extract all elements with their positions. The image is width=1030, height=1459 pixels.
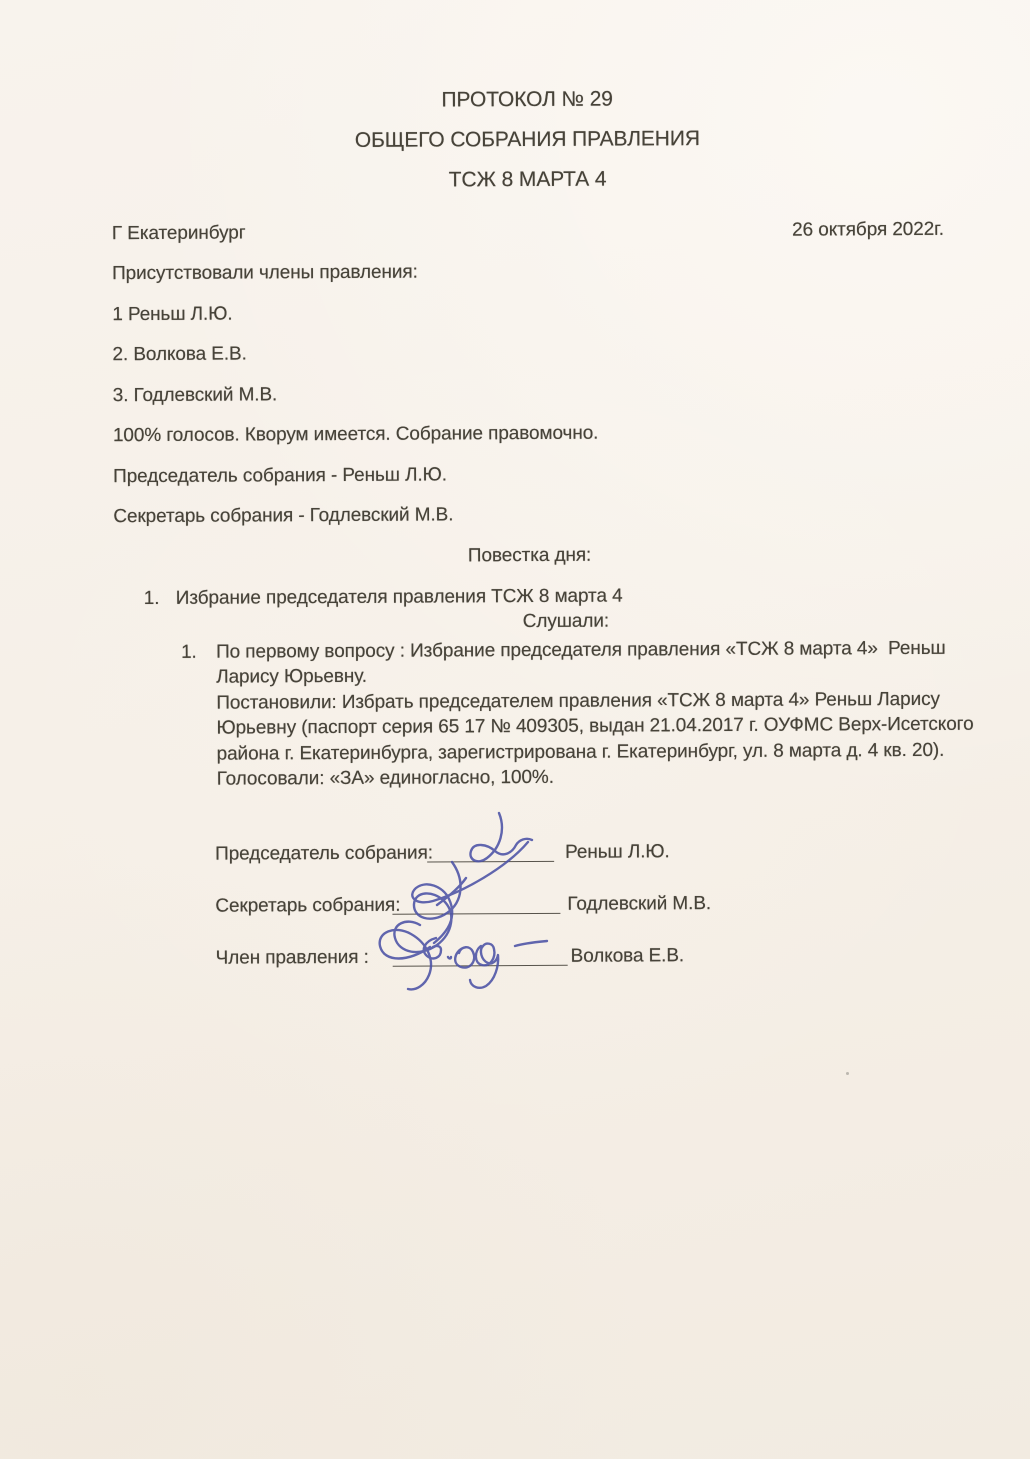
signature-row-chairman: Председатель собрания: Реньш Л.Ю.: [115, 837, 947, 893]
heard-item-line: По первому вопросу : Избрание председате…: [216, 637, 946, 662]
agenda-item-text: Избрание председателя правления ТСЖ 8 ма…: [176, 585, 623, 608]
signature-name: Годлевский М.В.: [567, 891, 711, 917]
attendee-item: 3. Годлевский М.В.: [113, 378, 945, 407]
scan-speck: [846, 1072, 849, 1075]
city-label: Г Екатеринбург: [112, 220, 246, 246]
protocol-title: ПРОТОКОЛ № 29: [111, 84, 943, 115]
signature-label: Член правления :: [216, 944, 369, 970]
heard-item-number: 1.: [181, 639, 216, 665]
signature-label: Секретарь собрания:: [215, 892, 400, 918]
city-date-row: Г Екатеринбург 26 октября 2022г.: [112, 217, 944, 246]
signature-block: Председатель собрания: Реньш Л.Ю. Секрет…: [115, 837, 948, 997]
attendees-heading: Присутствовали члены правления:: [112, 257, 944, 286]
date-label: 26 октября 2022г.: [792, 217, 944, 243]
signature-line: [392, 891, 560, 914]
protocol-organization: ТСЖ 8 МАРТА 4: [112, 164, 944, 195]
signature-name: Волкова Е.В.: [571, 943, 685, 969]
heard-heading: Слушали:: [114, 607, 946, 637]
agenda-list: 1.Избрание председателя правления ТСЖ 8 …: [114, 581, 947, 792]
protocol-subtitle: ОБЩЕГО СОБРАНИЯ ПРАВЛЕНИЯ: [111, 124, 943, 155]
attendee-item: 1 Реньш Л.Ю.: [112, 297, 944, 326]
heard-item-line: Голосовали: «ЗА» единогласно, 100%.: [115, 763, 947, 793]
agenda-item-number: 1.: [144, 585, 176, 611]
quorum-statement: 100% голосов. Кворум имеется. Собрание п…: [113, 419, 945, 448]
attendee-item: 2. Волкова Е.В.: [112, 338, 944, 367]
signature-line: [427, 839, 554, 862]
signature-label: Председатель собрания:: [215, 840, 433, 866]
scanned-protocol-document: ПРОТОКОЛ № 29 ОБЩЕГО СОБРАНИЯ ПРАВЛЕНИЯ …: [0, 0, 1030, 1459]
heard-item-line: Юрьевну (паспорт серия 65 17 № 409305, в…: [114, 712, 946, 742]
agenda-heading: Повестка дня:: [113, 540, 945, 569]
document-content: ПРОТОКОЛ № 29 ОБЩЕГО СОБРАНИЯ ПРАВЛЕНИЯ …: [111, 84, 948, 998]
signature-row-member: Член правления : Волкова Е.В.: [116, 941, 948, 997]
signature-row-secretary: Секретарь собрания: Годлевский М.В.: [115, 889, 947, 945]
secretary-statement: Секретарь собрания - Годлевский М.В.: [113, 500, 945, 529]
signature-line: [393, 943, 568, 966]
heard-item-line: района г. Екатеринбурга, зарегистрирован…: [115, 737, 947, 767]
signature-name: Реньш Л.Ю.: [565, 839, 670, 865]
heard-item: 1.По первому вопросу : Избрание председа…: [114, 635, 946, 665]
chairman-statement: Председатель собрания - Реньш Л.Ю.: [113, 459, 945, 488]
